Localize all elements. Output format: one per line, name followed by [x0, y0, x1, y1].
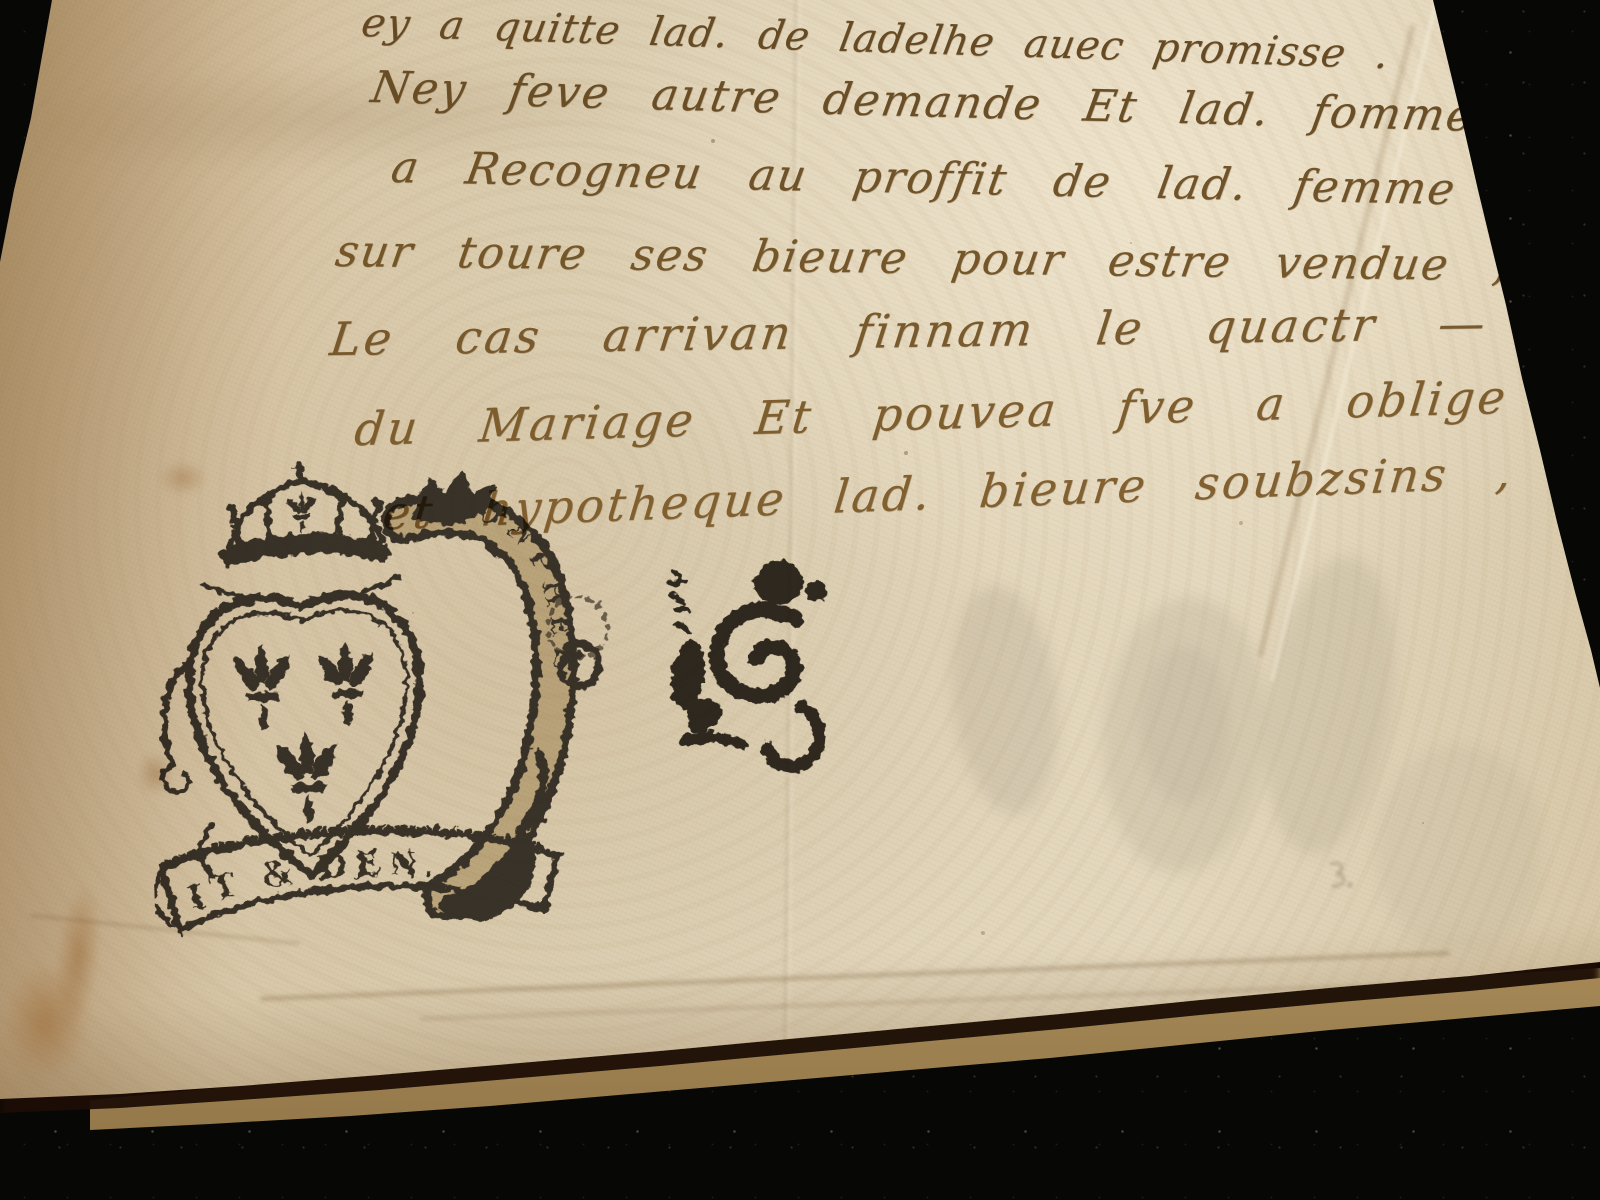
handwriting-line: sur toure ses bieure pour estre vendue ,	[332, 226, 1513, 291]
faint-verso-mark	[1322, 858, 1356, 892]
handwriting-line: Le cas arrivan finnam le quactr —	[327, 296, 1491, 366]
fiscal-stamp: MONPHEL IT & DEN.	[140, 450, 627, 958]
side-squiggle	[668, 572, 693, 634]
fleur-de-lis-icon	[318, 640, 376, 728]
ink-specks	[0, 0, 2, 2]
fleur-de-lis-icon	[234, 643, 292, 731]
verso-show-through	[900, 520, 1540, 950]
counter-stamp	[646, 543, 858, 788]
crown-icon	[218, 460, 389, 568]
handwriting-line: du Mariage Et pouvea fve a oblige .	[352, 368, 1588, 457]
fleur-de-lis-icon	[276, 729, 339, 825]
handwriting-line: a Recogneu au proffit de lad. femme —	[388, 142, 1552, 217]
ink-stain	[37, 849, 119, 1064]
handwriting-line: Ney feve autre demande Et lad. fomme —	[367, 62, 1566, 144]
photo-of-manuscript: ey a quitte lad. de ladelhe auec promiss…	[0, 0, 1600, 1200]
corner-stain	[0, 938, 106, 1103]
